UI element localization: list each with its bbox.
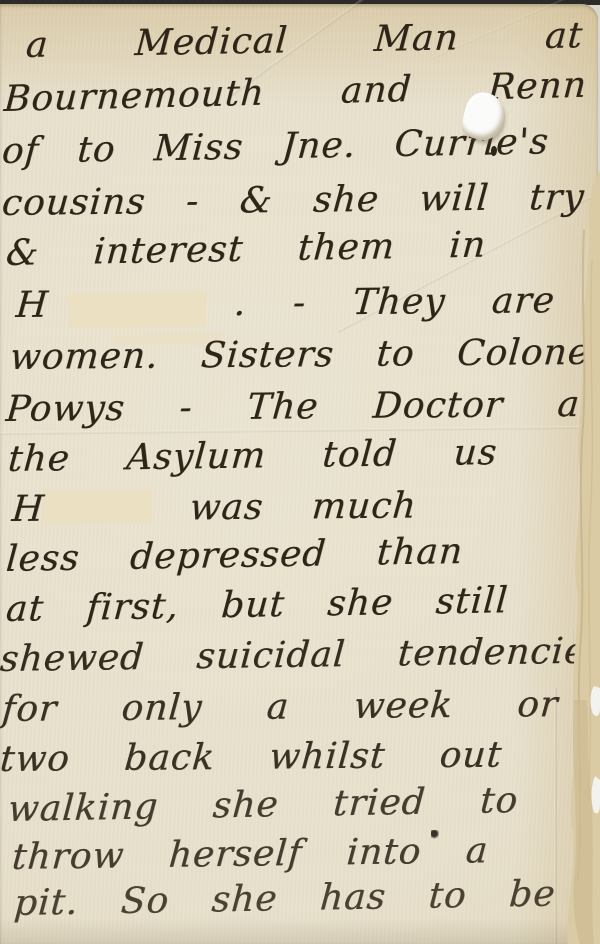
handwritten-line: H . - They are good [14, 278, 600, 328]
handwritten-line: for only a week or [0, 683, 560, 732]
handwritten-line: & interest them in [4, 224, 487, 276]
handwritten-line: two back whilst out [0, 734, 504, 782]
handwritten-line: women. Sisters to Colonel [8, 331, 600, 380]
handwritten-line: the Asylum told us [6, 431, 498, 482]
handwritten-line: H was much [10, 484, 418, 532]
handwritten-line: throw herself into a [10, 829, 490, 880]
handwritten-line: walking she tried to [6, 779, 519, 832]
handwritten-line: at first, but she still [4, 579, 509, 632]
handwritten-line: Powys - The Doctor at [4, 383, 597, 432]
ink-speck [431, 830, 439, 839]
handwritten-line: less depressed than [4, 530, 464, 582]
handwritten-line: cousins - & she will try [0, 176, 586, 226]
handwritten-line: shewed suicidal tendencies [0, 630, 600, 683]
scanned-letter: a Medical Man at Bournemouth and Renn of… [0, 0, 600, 944]
